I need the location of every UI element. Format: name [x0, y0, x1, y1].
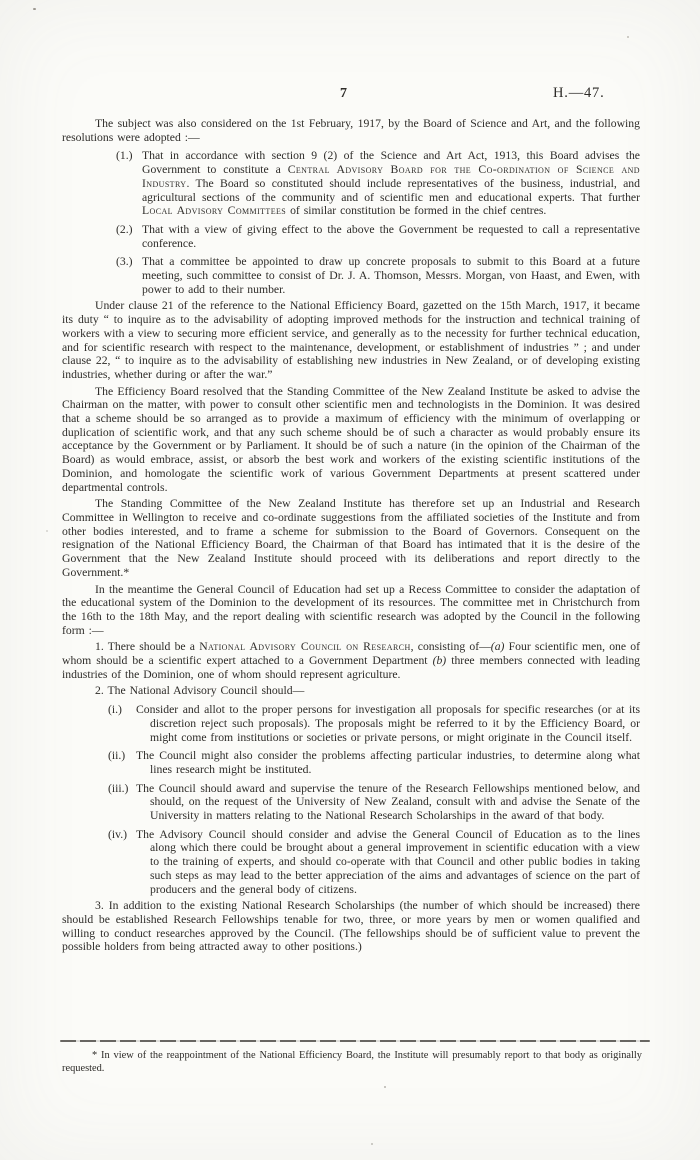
text-segment: (a) [491, 640, 505, 653]
paragraph: The Standing Committee of the New Zealan… [62, 497, 640, 579]
text-segment: The Advisory Council should consider and… [136, 828, 640, 896]
scan-speckle [627, 36, 629, 38]
paragraph: The Efficiency Board resolved that the S… [62, 385, 640, 495]
list-marker: (2.) [116, 223, 133, 237]
list-marker: (ii.) [108, 749, 125, 763]
text-segment: , consisting of— [411, 640, 491, 653]
text-segment: The Standing Committee of the New Zealan… [62, 497, 640, 579]
scanned-document-page: 7 H.—47. The subject was also considered… [0, 0, 700, 1160]
scan-speckle [384, 1086, 386, 1088]
text-segment: . The Board so constituted should includ… [142, 177, 640, 204]
text-segment: That a committee be appointed to draw up… [142, 255, 640, 295]
text-segment: (b) [433, 654, 447, 667]
paragraph: 3. In addition to the existing National … [62, 899, 640, 954]
scan-speckle [33, 8, 36, 10]
paragraph: In the meantime the General Council of E… [62, 583, 640, 638]
text-segment: The Council should award and supervise t… [136, 782, 640, 822]
list-marker: (1.) [116, 149, 133, 163]
text-segment: In the meantime the General Council of E… [62, 583, 640, 637]
list-item: (ii.)The Council might also consider the… [62, 749, 640, 776]
text-segment: Consider and allot to the proper persons… [136, 703, 640, 743]
text-segment: The Council might also consider the prob… [136, 749, 640, 776]
text-segment: National Advisory Council on Research [199, 640, 410, 653]
scan-speckle [46, 530, 48, 532]
list-item: (i.)Consider and allot to the proper per… [62, 703, 640, 744]
list-marker: (3.) [116, 255, 133, 269]
list-marker: (iv.) [108, 828, 127, 842]
text-segment: 2. The National Advisory Council should— [95, 684, 304, 697]
text-segment: Local Advisory Committees [142, 204, 286, 217]
document-reference: H.—47. [553, 85, 605, 102]
text-segment: Under clause 21 of the reference to the … [62, 299, 640, 381]
list-marker: (iii.) [108, 782, 128, 796]
list-item: (2.)That with a view of giving effect to… [62, 223, 640, 250]
footnote-rule [60, 1040, 650, 1042]
list-item: (3.)That a committee be appointed to dra… [62, 255, 640, 296]
footnote: * In view of the reappointment of the Na… [62, 1049, 642, 1075]
scan-speckle [371, 1143, 373, 1145]
document-body: The subject was also considered on the 1… [62, 117, 640, 954]
page-number: 7 [340, 86, 348, 102]
list-marker: (i.) [108, 703, 122, 717]
paragraph: The subject was also considered on the 1… [62, 117, 640, 144]
text-segment: 3. In addition to the existing National … [62, 899, 640, 953]
text-segment: The subject was also considered on the 1… [62, 117, 640, 144]
list-item: (iv.)The Advisory Council should conside… [62, 828, 640, 897]
text-segment: The Efficiency Board resolved that the S… [62, 385, 640, 494]
list-item: (1.)That in accordance with section 9 (2… [62, 149, 640, 218]
text-segment: of similar constitution be formed in the… [286, 204, 546, 217]
paragraph: 2. The National Advisory Council should— [62, 684, 640, 698]
text-segment: 1. There should be a [95, 640, 199, 653]
text-segment: That with a view of giving effect to the… [142, 223, 640, 250]
paragraph: Under clause 21 of the reference to the … [62, 299, 640, 381]
list-item: (iii.)The Council should award and super… [62, 782, 640, 823]
paragraph: 1. There should be a National Advisory C… [62, 640, 640, 681]
